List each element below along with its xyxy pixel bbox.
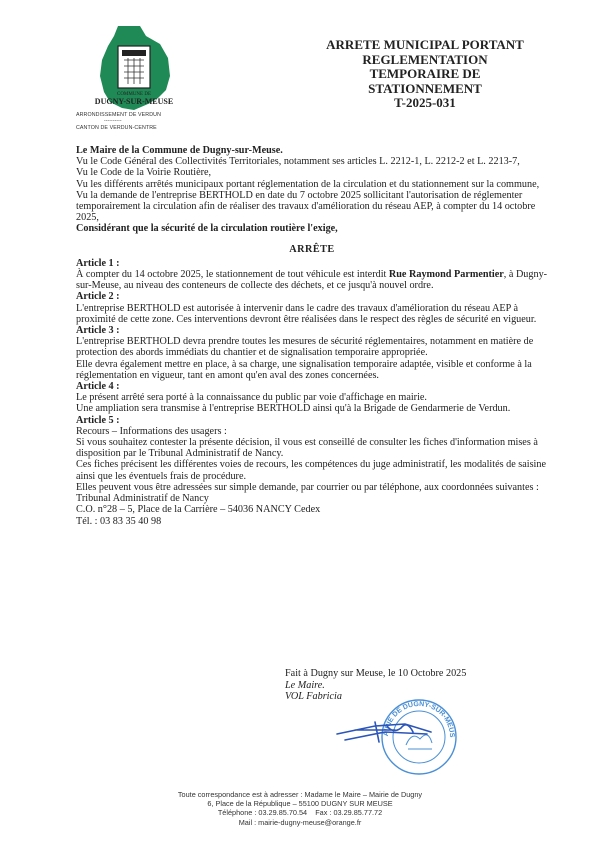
article-4-text: Le présent arrêté sera porté à la connai… xyxy=(76,392,548,403)
article-1-text: À compter du 14 octobre 2025, le station… xyxy=(76,269,548,291)
article-2-title: Article 2 : xyxy=(76,291,548,302)
preamble-intro: Le Maire de la Commune de Dugny-sur-Meus… xyxy=(76,145,548,156)
vu-clause: Vu le Code de la Voirie Routière, xyxy=(76,167,548,178)
vu-clause: Vu le Code Général des Collectivités Ter… xyxy=(76,156,548,167)
article-4-text: Une ampliation sera transmise à l'entrep… xyxy=(76,403,548,414)
article-5-text: Recours – Informations des usagers : xyxy=(76,426,548,437)
article-5-text: Si vous souhaitez contester la présente … xyxy=(76,437,548,459)
street-name: Rue Raymond Parmentier xyxy=(389,269,504,280)
tribunal-address: C.O. n°28 – 5, Place de la Carrière – 54… xyxy=(76,504,548,515)
vu-clause: Vu les différents arrêtés municipaux por… xyxy=(76,179,548,190)
signature-icon xyxy=(335,712,440,752)
article-5-text: Ces fiches précisent les différentes voi… xyxy=(76,459,548,481)
tribunal-name: Tribunal Administratif de Nancy xyxy=(76,493,548,504)
article-3-title: Article 3 : xyxy=(76,325,548,336)
tribunal-phone: Tél. : 03 83 35 40 98 xyxy=(76,516,548,527)
document-body: Le Maire de la Commune de Dugny-sur-Meus… xyxy=(76,145,548,527)
commune-logo: COMMUNE DE DUGNY-SUR-MEUSE xyxy=(88,24,180,120)
svg-text:DUGNY-SUR-MEUSE: DUGNY-SUR-MEUSE xyxy=(95,97,173,106)
article-1-text-start: À compter du 14 octobre 2025, le station… xyxy=(76,269,389,280)
article-3-text: Elle devra également mettre en place, à … xyxy=(76,359,548,381)
footer-correspondence: Toute correspondance est à adresser : Ma… xyxy=(140,790,460,799)
arrete-heading: ARRÊTE xyxy=(76,244,548,255)
article-3-text: L'entreprise BERTHOLD devra prendre tout… xyxy=(76,336,548,358)
title-line: TEMPORAIRE DE xyxy=(300,67,550,82)
signatory-role: Le Maire. xyxy=(285,680,466,692)
document-reference: T-2025-031 xyxy=(300,96,550,111)
title-line: ARRETE MUNICIPAL PORTANT xyxy=(300,38,550,53)
title-line: STATIONNEMENT xyxy=(300,82,550,97)
place-date: Fait à Dugny sur Meuse, le 10 Octobre 20… xyxy=(285,668,466,680)
article-2-text: L'entreprise BERTHOLD est autorisée à in… xyxy=(76,303,548,325)
footer-address: 6, Place de la République – 55100 DUGNY … xyxy=(140,799,460,808)
article-1-title: Article 1 : xyxy=(76,258,548,269)
footer-contact: Toute correspondance est à adresser : Ma… xyxy=(140,790,460,827)
article-4-title: Article 4 : xyxy=(76,381,548,392)
vu-clause: Vu la demande de l'entreprise BERTHOLD e… xyxy=(76,190,548,224)
article-5-text: Elles peuvent vous être adressées sur si… xyxy=(76,482,548,493)
document-title: ARRETE MUNICIPAL PORTANT REGLEMENTATION … xyxy=(300,38,550,111)
separator: ---------- xyxy=(104,118,122,124)
canton-label: CANTON DE VERDUN-CENTRE xyxy=(76,125,157,131)
footer-phone-fax: Téléphone : 03.29.85.70.54 Fax : 03.29.8… xyxy=(140,808,460,817)
considerant-clause: Considérant que la sécurité de la circul… xyxy=(76,223,548,234)
article-5-title: Article 5 : xyxy=(76,415,548,426)
footer-email: Mail : mairie-dugny-meuse@orange.fr xyxy=(140,818,460,827)
title-line: REGLEMENTATION xyxy=(300,53,550,68)
